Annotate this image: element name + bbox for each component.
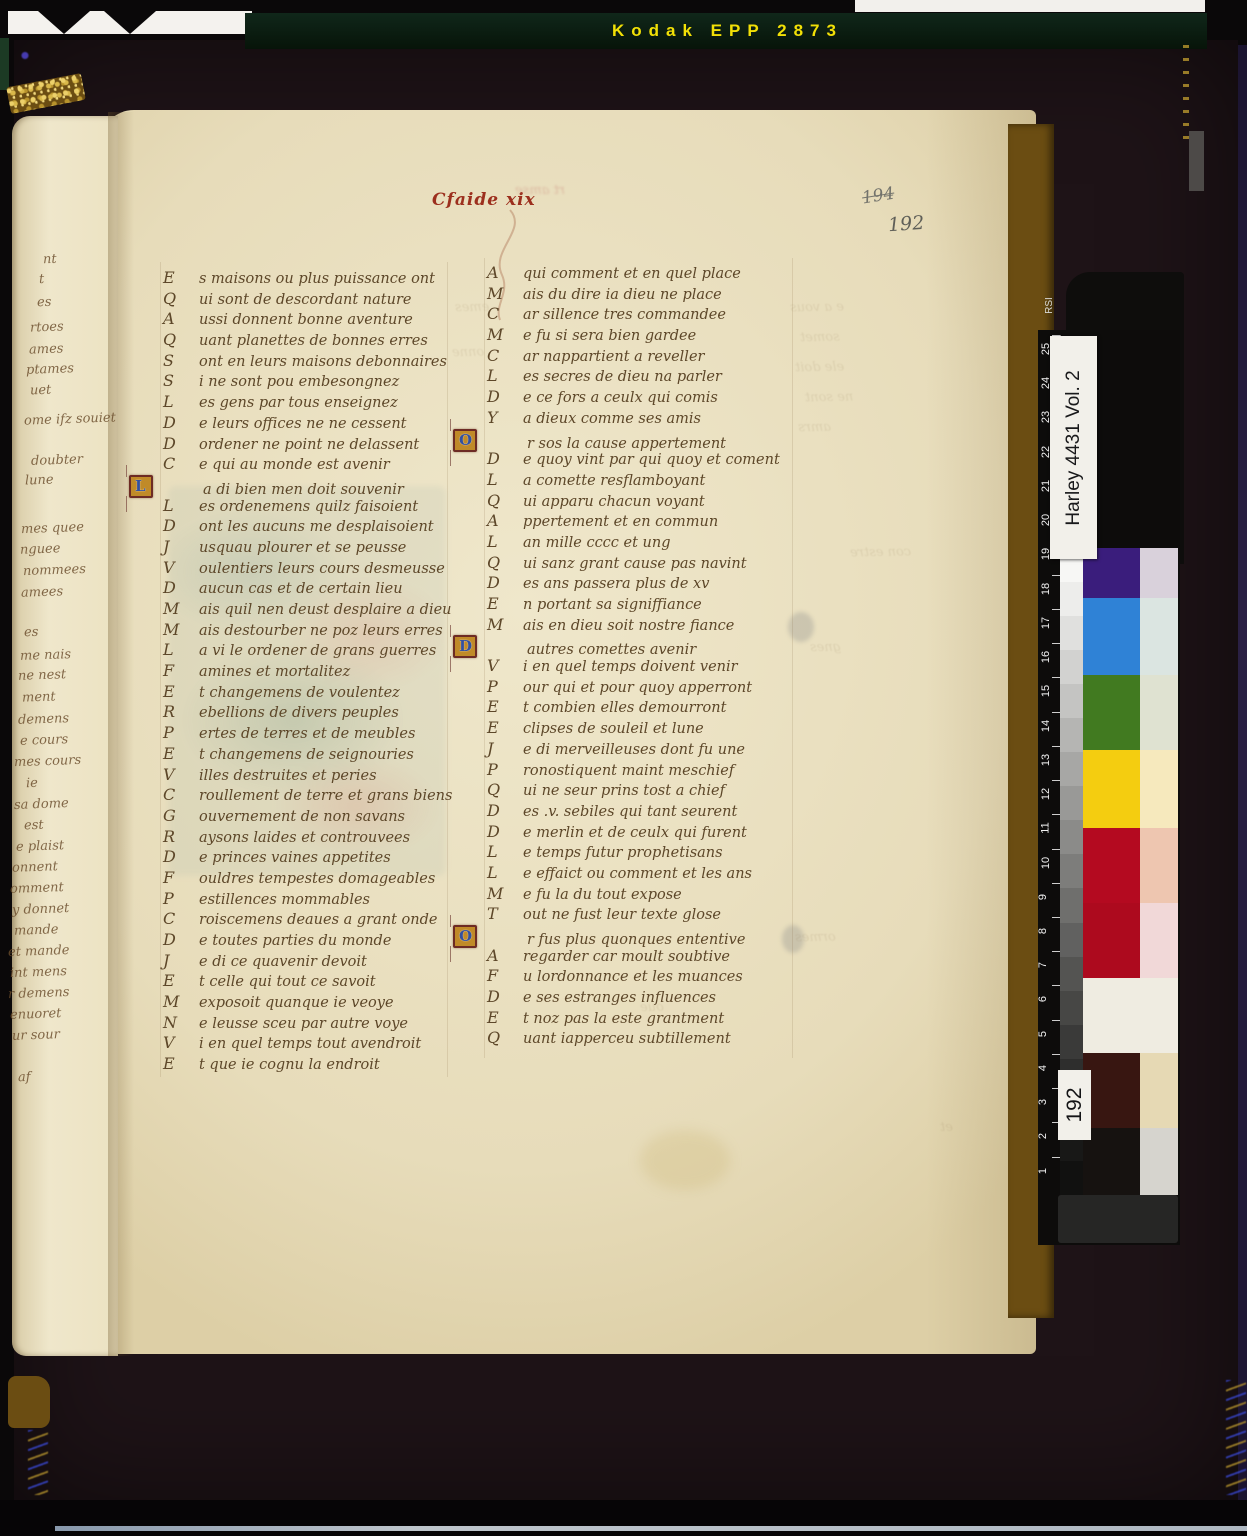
line-text: estillences mommables	[199, 892, 370, 908]
line-initial: E	[487, 718, 513, 737]
line-text: uant planettes de bonnes erres	[199, 333, 428, 349]
edge-text-fragment: ptames	[26, 361, 74, 378]
line-initial: L	[487, 470, 513, 489]
patch-row	[1083, 548, 1178, 598]
bleed-text-fragment: e a vous	[790, 300, 844, 316]
ruler-header: RSI	[1044, 297, 1055, 314]
manuscript-line: Et noz pas la este grantment	[487, 1008, 780, 1029]
line-initial: A	[163, 309, 189, 328]
line-text: e ce fors a ceulx qui comis	[523, 390, 718, 406]
line-initial: A	[487, 263, 513, 282]
line-text: es .v. sebiles qui tant seurent	[523, 804, 737, 820]
line-text: i en quel temps tout avendroit	[199, 1036, 421, 1052]
gilt-edge-bottom-corner	[8, 1376, 50, 1428]
manuscript-line: Et changemens de voulentez	[163, 682, 452, 703]
line-text: es secres de dieu na parler	[523, 369, 722, 385]
folio-number: 192	[887, 212, 925, 236]
manuscript-line: Quant iapperceu subtillement	[487, 1028, 780, 1049]
line-text: ais du dire ia dieu ne place	[523, 287, 722, 303]
line-text: u lordonnance et les muances	[523, 969, 743, 985]
line-initial: D	[163, 413, 189, 432]
manuscript-line: Les gens par tous enseignez	[163, 392, 452, 413]
edge-text-fragment: nguee	[20, 541, 61, 557]
edge-text-fragment: est	[24, 818, 44, 834]
edge-text-fragment: mes cours	[14, 753, 82, 770]
manuscript-line: Famines et mortalitez	[163, 661, 452, 682]
illuminated-initial: D	[453, 635, 477, 658]
line-text: oulentiers leurs cours desmeusse	[199, 561, 445, 577]
manuscript-line: Me fu si sera bien gardee	[487, 325, 780, 346]
line-initial: C	[487, 304, 513, 323]
edge-text-fragment: sa dome	[14, 796, 69, 813]
ruling-line	[160, 262, 161, 1077]
manuscript-line: Les secres de dieu na parler	[487, 366, 780, 387]
ruler-tick: 8	[1038, 917, 1060, 951]
line-text: ar sillence tres commandee	[523, 307, 726, 323]
line-initial: L	[163, 640, 189, 659]
line-text: aysons laides et controuvees	[199, 830, 410, 846]
ruler-tick: 14	[1038, 712, 1060, 746]
line-initial: D	[487, 987, 513, 1006]
manuscript-line: Et changemens de seignouries	[163, 744, 452, 765]
line-text: amines et mortalitez	[199, 664, 350, 680]
line-text: a comette resflamboyant	[523, 473, 705, 489]
film-notch	[38, 11, 90, 34]
bar-folio-label: 192	[1058, 1070, 1091, 1140]
edge-text-fragment: et mande	[8, 943, 70, 960]
line-initial: D	[163, 578, 189, 597]
line-initial: M	[487, 615, 513, 634]
manuscript-line: Aregarder car moult soubtive	[487, 946, 780, 967]
line-initial: Q	[163, 330, 189, 349]
line-text: s maisons ou plus puissance ont	[199, 271, 435, 287]
manuscript-line: Le temps futur prophetisans	[487, 842, 780, 863]
grayscale-step	[1060, 923, 1083, 957]
line-initial: E	[163, 971, 189, 990]
patch-row	[1083, 978, 1178, 1053]
line-text: i en quel temps doivent venir	[523, 659, 738, 675]
parchment-stain	[640, 1130, 730, 1190]
manuscript-line: De quoy vint par qui quoy et coment	[487, 449, 780, 470]
line-text: ont en leurs maisons debonnaires	[199, 354, 447, 370]
color-patch-pale	[1140, 750, 1178, 828]
grayscale-step	[1060, 1161, 1083, 1195]
manuscript-line: Rebellions de divers peuples	[163, 702, 452, 723]
manuscript-line: Dont les aucuns me desplaisoient	[163, 516, 452, 537]
line-initial: L	[487, 863, 513, 882]
line-text: e qui au monde est avenir	[199, 457, 390, 473]
bleed-text-fragment: amrs	[798, 420, 831, 436]
patch-row	[1083, 1128, 1178, 1195]
line-text: clipses de souleil et lune	[523, 721, 704, 737]
line-text: usquau plourer et se peusse	[199, 540, 406, 556]
line-text: a vi le ordener de grans guerres	[199, 643, 436, 659]
line-initial: M	[487, 325, 513, 344]
manuscript-line: Tout ne fust leur texte glose	[487, 904, 780, 925]
line-text: ertes de terres et de meubles	[199, 726, 415, 742]
manuscript-line: Fu lordonnance et les muances	[487, 966, 780, 987]
line-initial: R	[163, 827, 189, 846]
edge-text-fragment: me nais	[20, 647, 72, 664]
manuscript-line: Dordener ne point ne delassent	[163, 434, 452, 455]
line-text: aucun cas et de certain lieu	[199, 581, 403, 597]
line-initial: D	[163, 434, 189, 453]
manuscript-line: La di bien men doit souvenir	[163, 475, 452, 496]
line-initial: Q	[487, 780, 513, 799]
manuscript-line: Car nappartient a reveller	[487, 346, 780, 367]
line-initial: E	[163, 682, 189, 701]
bleed-text-fragment: et	[940, 1120, 953, 1135]
edge-text-fragment: int mens	[10, 964, 67, 981]
color-patch-pale	[1140, 1053, 1178, 1128]
patch-row	[1083, 903, 1178, 978]
manuscript-line: Mais du dire ia dieu ne place	[487, 284, 780, 305]
edge-text-fragment: demens	[18, 711, 70, 728]
bleed-text-fragment: somet	[800, 330, 840, 346]
line-text: e princes vaines appetites	[199, 850, 391, 866]
line-initial: M	[487, 884, 513, 903]
line-initial: V	[163, 765, 189, 784]
line-initial: E	[487, 697, 513, 716]
ruler-tick: 9	[1038, 883, 1060, 917]
film-stock-label: Kodak EPP 2873	[612, 21, 843, 41]
color-patch-strong	[1083, 750, 1140, 828]
line-initial: E	[487, 1008, 513, 1027]
manuscript-line: Ya dieux comme ses amis	[487, 408, 780, 429]
ruler-tick: 17	[1038, 609, 1060, 643]
tape-fragment	[1058, 1195, 1178, 1243]
line-initial: D	[487, 801, 513, 820]
edge-text-fragment: af	[18, 1070, 31, 1085]
line-initial: D	[487, 573, 513, 592]
patch-row	[1083, 675, 1178, 750]
manuscript-line: Pour qui et pour quoy apperront	[487, 677, 780, 698]
manuscript-line: Et celle qui tout ce savoit	[163, 971, 452, 992]
line-initial: A	[487, 946, 513, 965]
line-text: ais quil nen deust desplaire a dieu	[199, 602, 452, 618]
line-text: roullement de terre et grans biens	[199, 788, 452, 804]
line-text: illes destruites et peries	[199, 768, 377, 784]
bleed-text-fragment: onne	[452, 345, 485, 361]
line-initial: N	[163, 1013, 189, 1032]
line-text: t que ie cognu la endroit	[199, 1057, 380, 1073]
edge-text-fragment: uet	[30, 383, 52, 399]
line-text: out ne fust leur texte glose	[523, 907, 721, 923]
line-initial: Y	[487, 408, 513, 427]
line-initial: J	[163, 537, 189, 556]
frame-bottom-line	[55, 1526, 1247, 1531]
line-text: ar nappartient a reveller	[523, 349, 704, 365]
line-initial: M	[163, 992, 189, 1011]
bleed-text-fragment: emes	[455, 300, 490, 316]
manuscript-line: Mais destourber ne poz leurs erres	[163, 620, 452, 641]
line-initial: V	[163, 1033, 189, 1052]
line-initial: P	[163, 723, 189, 742]
manuscript-line: Or sos la cause appertement	[487, 429, 780, 450]
illuminated-initial: O	[453, 925, 477, 948]
edge-text-fragment: rtoes	[30, 319, 64, 335]
grayscale-step	[1060, 718, 1083, 752]
line-text: exposoit quanque ie veoye	[199, 995, 394, 1011]
line-initial: L	[487, 532, 513, 551]
manuscript-line: Raysons laides et controuvees	[163, 827, 452, 848]
manuscript-line: Pestillences mommables	[163, 889, 452, 910]
line-text: e fu la du tout expose	[523, 887, 682, 903]
text-column-right: Aqui comment et en quel placeMais du dir…	[487, 263, 780, 1049]
line-initial: D	[487, 822, 513, 841]
film-edge-strip-left	[8, 11, 252, 34]
manuscript-line: De ses estranges influences	[487, 987, 780, 1008]
line-text: e leusse sceu par autre voye	[199, 1016, 408, 1032]
line-initial: C	[487, 346, 513, 365]
manuscript-line: Le effaict ou comment et les ans	[487, 863, 780, 884]
ruler-tick: 1	[1038, 1157, 1060, 1191]
line-initial: M	[163, 599, 189, 618]
ruler-tick: 5	[1038, 1020, 1060, 1054]
color-patch-strong	[1083, 675, 1140, 750]
line-initial: Q	[487, 553, 513, 572]
line-text: uant iapperceu subtillement	[523, 1031, 731, 1047]
line-text: ui apparu chacun voyant	[523, 494, 705, 510]
manuscript-line: Mais quil nen deust desplaire a dieu	[163, 599, 452, 620]
edge-text-fragment: ie	[26, 776, 38, 791]
line-text: e leurs offices ne ne cessent	[199, 416, 407, 432]
ruler-tick: 6	[1038, 985, 1060, 1019]
color-patches	[1083, 548, 1178, 1195]
manuscript-line: Mais en dieu soit nostre fiance	[487, 615, 780, 636]
film-edge-strip-right	[855, 0, 1205, 12]
manuscript-line: Qui ne seur prins tost a chief	[487, 780, 780, 801]
line-initial: F	[487, 966, 513, 985]
edge-text-fragment: t	[39, 272, 45, 287]
manuscript-line: Dautres comettes avenir	[487, 635, 780, 656]
manuscript-line: Daucun cas et de certain lieu	[163, 578, 452, 599]
grayscale-step	[1060, 582, 1083, 616]
line-text: e quoy vint par qui quoy et coment	[523, 452, 780, 468]
line-initial: E	[163, 1054, 189, 1073]
line-initial: M	[487, 284, 513, 303]
manuscript-line: Fouldres tempestes domageables	[163, 868, 452, 889]
ruler-tick: 11	[1038, 814, 1060, 848]
edge-text-fragment: e cours	[20, 732, 69, 749]
grayscale-step	[1060, 650, 1083, 684]
manuscript-line: De ce fors a ceulx qui comis	[487, 387, 780, 408]
ruler-tick: 12	[1038, 780, 1060, 814]
manuscript-line: Vi en quel temps tout avendroit	[163, 1033, 452, 1054]
manuscript-line: Lan mille cccc et ung	[487, 532, 780, 553]
manuscript-line: Aussi donnent bonne aventure	[163, 309, 452, 330]
line-text: t changemens de voulentez	[199, 685, 400, 701]
grayscale-step	[1060, 752, 1083, 786]
edge-text-fragment: doubter	[31, 452, 83, 469]
manuscript-line: Des .v. sebiles qui tant seurent	[487, 801, 780, 822]
bleed-text-fragment: ormes	[795, 930, 836, 946]
line-text: ui sanz grant cause pas navint	[523, 556, 747, 572]
color-patch-strong	[1083, 903, 1140, 978]
line-initial: A	[487, 511, 513, 530]
line-initial: C	[163, 785, 189, 804]
ruler-tick: 4	[1038, 1054, 1060, 1088]
ruler-tick: 7	[1038, 951, 1060, 985]
ruler-tick: 15	[1038, 677, 1060, 711]
edge-text-fragment: e plaist	[16, 838, 65, 855]
manuscript-line: Les ordenemens quilz faisoient	[163, 496, 452, 517]
manuscript-line: Voulentiers leurs cours desmeusse	[163, 558, 452, 579]
edge-text-fragment: nt	[43, 252, 57, 267]
line-text: t noz pas la este grantment	[523, 1011, 724, 1027]
bleed-text-fragment: gnes	[810, 640, 841, 656]
ruler-tick: 13	[1038, 746, 1060, 780]
grayscale-step	[1060, 854, 1083, 888]
line-initial: D	[163, 930, 189, 949]
film-artifact-squiggle	[1226, 1380, 1246, 1495]
line-initial: E	[163, 744, 189, 763]
edge-text-fragment: es	[37, 295, 52, 310]
film-edge-green	[0, 38, 9, 90]
page-curl-shadow	[108, 112, 134, 1356]
manuscript-line: Ce qui au monde est avenir	[163, 454, 452, 475]
line-initial: C	[163, 909, 189, 928]
line-text: e di ce quavenir devoit	[199, 954, 367, 970]
ruler-tick: 2	[1038, 1122, 1060, 1156]
line-text: i ne sont pou embesongnez	[199, 374, 399, 390]
manuscript-line: Es maisons ou plus puissance ont	[163, 268, 452, 289]
illuminated-initial: O	[453, 429, 477, 452]
ruler-tick: 16	[1038, 643, 1060, 677]
line-initial: P	[163, 889, 189, 908]
line-initial: T	[487, 904, 513, 923]
manuscript-line: Vi en quel temps doivent venir	[487, 656, 780, 677]
edge-text-fragment: amees	[21, 584, 64, 600]
line-text: an mille cccc et ung	[523, 535, 671, 551]
text-column-left: Es maisons ou plus puissance ontQui sont…	[163, 268, 452, 1075]
manuscript-line: Appertement et en commun	[487, 511, 780, 532]
line-text: e toutes parties du monde	[199, 933, 391, 949]
color-patch-strong	[1083, 598, 1140, 675]
manuscript-line: Qui apparu chacun voyant	[487, 491, 780, 512]
ruling-line	[792, 258, 793, 1058]
patch-row	[1083, 828, 1178, 903]
patch-row	[1083, 1053, 1178, 1128]
line-text: ebellions de divers peuples	[199, 705, 399, 721]
line-initial: V	[487, 656, 513, 675]
grayscale-step	[1060, 616, 1083, 650]
line-text: n portant sa signiffiance	[523, 597, 702, 613]
line-initial: D	[163, 847, 189, 866]
manuscript-line: Pronostiquent maint meschief	[487, 760, 780, 781]
grayscale-step	[1060, 1025, 1083, 1059]
line-text: ui sont de descordant nature	[199, 292, 411, 308]
line-initial: V	[163, 558, 189, 577]
line-text: ouvernement de non savans	[199, 809, 405, 825]
manuscript-line: De merlin et de ceulx qui furent	[487, 822, 780, 843]
line-text: ais destourber ne poz leurs erres	[199, 623, 443, 639]
manuscript-line: La vi le ordener de grans guerres	[163, 640, 452, 661]
color-patch-pale	[1140, 903, 1178, 978]
manuscript-line: Qui sanz grant cause pas navint	[487, 553, 780, 574]
edge-text-fragment: omment	[10, 880, 64, 897]
line-text: ais en dieu soit nostre fiance	[523, 618, 734, 634]
manuscript-line: Ne leusse sceu par autre voye	[163, 1013, 452, 1034]
manuscript-line: Je di merveilleuses dont fu une	[487, 739, 780, 760]
line-initial: L	[163, 496, 189, 515]
line-text: ppertement et en commun	[523, 514, 718, 530]
illuminated-initial: L	[129, 475, 153, 498]
manuscript-line: Et combien elles demourront	[487, 697, 780, 718]
manuscript-line: Des ans passera plus de xv	[487, 573, 780, 594]
line-initial: J	[487, 739, 513, 758]
line-initial: E	[487, 594, 513, 613]
line-initial: L	[487, 842, 513, 861]
line-initial: P	[487, 677, 513, 696]
line-initial: R	[163, 702, 189, 721]
manuscript-line: Pertes de terres et de meubles	[163, 723, 452, 744]
color-patch-strong	[1083, 1053, 1140, 1128]
grayscale-step	[1060, 786, 1083, 820]
edge-text-fragment: enuoret	[10, 1006, 62, 1023]
line-text: e effaict ou comment et les ans	[523, 866, 752, 882]
line-initial: Q	[163, 289, 189, 308]
manuscript-line: Villes destruites et peries	[163, 765, 452, 786]
manuscript-line: De princes vaines appetites	[163, 847, 452, 868]
bleed-text-fragment: ele doit	[795, 360, 844, 376]
line-text: roiscemens deaues a grant onde	[199, 912, 437, 928]
manuscript-line: Si ne sont pou embesongnez	[163, 371, 452, 392]
grayscale-step	[1060, 888, 1083, 922]
manuscript-line: Car sillence tres commandee	[487, 304, 780, 325]
line-text: regarder car moult soubtive	[523, 949, 730, 965]
manuscript-line: En portant sa signiffiance	[487, 594, 780, 615]
line-text: e temps futur prophetisans	[523, 845, 723, 861]
line-text: a dieux comme ses amis	[523, 411, 701, 427]
edge-text-fragment: ome ifz souiet	[24, 410, 116, 428]
color-patch-pale	[1140, 598, 1178, 675]
line-text: e ses estranges influences	[523, 990, 716, 1006]
line-initial: L	[487, 366, 513, 385]
color-patch-pale	[1140, 675, 1178, 750]
manuscript-line: Me fu la du tout expose	[487, 884, 780, 905]
film-artifact-squiggle	[28, 1430, 48, 1495]
line-text: t celle qui tout ce savoit	[199, 974, 376, 990]
color-patch-strong	[1083, 828, 1140, 903]
color-patch-pale	[1140, 1128, 1178, 1195]
line-initial: D	[487, 387, 513, 406]
color-patch-strong	[1083, 1128, 1140, 1195]
line-initial: E	[163, 268, 189, 287]
manuscript-line: Aqui comment et en quel place	[487, 263, 780, 284]
line-initial: F	[163, 661, 189, 680]
edge-text-fragment: r demens	[8, 985, 70, 1002]
bar-folio-text: 192	[1063, 1087, 1087, 1122]
gilt-glint-dots	[1183, 45, 1189, 140]
manuscript-line: Je di ce quavenir devoit	[163, 951, 452, 972]
manuscript-line: Croiscemens deaues a grant onde	[163, 909, 452, 930]
line-text: ont les aucuns me desplaisoient	[199, 519, 434, 535]
film-edge-right	[1238, 45, 1247, 1500]
line-initial: Q	[487, 1028, 513, 1047]
line-initial: G	[163, 806, 189, 825]
edge-text-fragment: mande	[14, 922, 59, 939]
grayscale-step	[1060, 991, 1083, 1025]
grayscale-step	[1060, 684, 1083, 718]
line-text: es ordenemens quilz faisoient	[199, 499, 418, 515]
line-text: our qui et pour quoy apperront	[523, 680, 752, 696]
line-initial: M	[163, 620, 189, 639]
manuscript-photograph: Kodak EPP 2873 Cfaide xix rt amse 194 19…	[0, 0, 1247, 1536]
line-initial: C	[163, 454, 189, 473]
grayscale-step	[1060, 820, 1083, 854]
line-text: es gens par tous enseignez	[199, 395, 398, 411]
